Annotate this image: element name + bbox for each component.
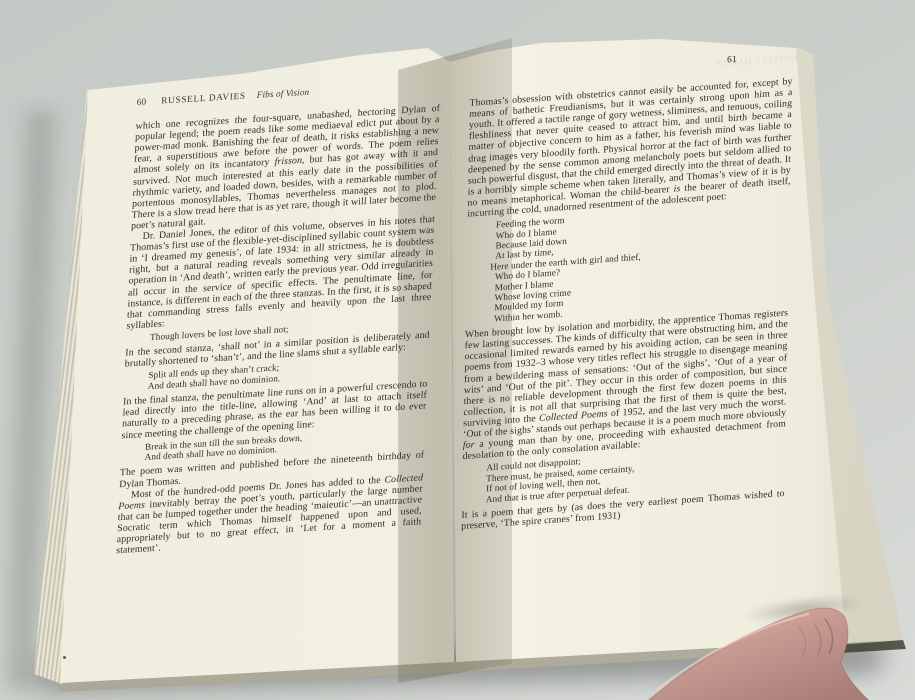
left-page-body: which one recognizes the four-square, un… [116, 103, 440, 556]
left-page-text: 60RUSSELL DAVIESFibs of Vision which one… [116, 79, 441, 556]
thumb-silhouette [645, 608, 872, 700]
running-header-title: Fibs of Vision [257, 87, 310, 100]
verse-quote: Feeding the worm Who do I blame Because … [489, 200, 790, 324]
page-number: 60 [137, 96, 147, 107]
thumb [628, 585, 908, 700]
dust-speck [63, 656, 66, 659]
right-page-body: Thomas’s obsession with obstetrics canno… [461, 76, 793, 532]
paragraph: Dr. Daniel Jones, the editor of this vol… [126, 214, 435, 332]
right-page-text: 61 Thomas’s obsession with obstetrics ca… [461, 50, 793, 532]
paragraph: When brought low by isolation and morbid… [462, 308, 788, 463]
paragraph: which one recognizes the four-square, un… [131, 103, 440, 232]
paragraph: Thomas’s obsession with obstetrics canno… [467, 76, 793, 220]
book-photo: RUSSELL DAVIES 60RUSSELL DAVIESFibs of V… [0, 0, 915, 700]
page-number: 61 [727, 54, 737, 66]
